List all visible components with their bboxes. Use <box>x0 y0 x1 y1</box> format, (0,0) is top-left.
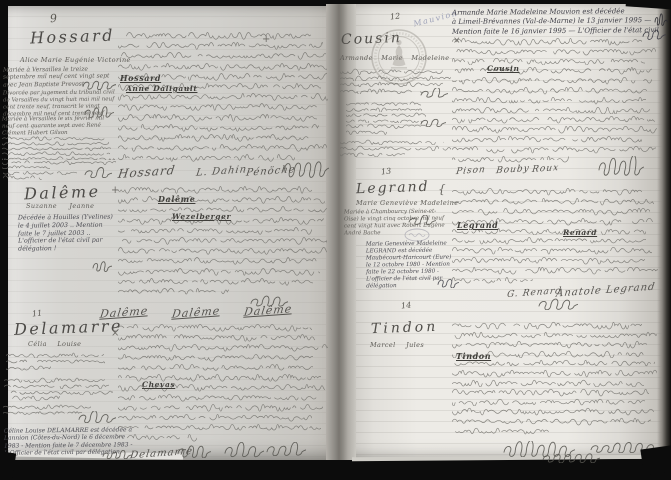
handwriting-line <box>118 225 312 235</box>
handwriting-line <box>118 101 318 111</box>
handwriting-line <box>420 117 446 127</box>
handwriting-line <box>118 332 315 342</box>
margin-note-signature <box>420 88 448 98</box>
handwriting-line <box>452 65 652 75</box>
handwriting-line <box>82 78 116 90</box>
handwriting-line <box>452 255 645 265</box>
handwriting-line <box>118 402 323 412</box>
handwriting-line <box>452 85 647 95</box>
act-9-father-surname: Hossard <box>120 73 161 83</box>
margin-note-signature <box>102 450 132 459</box>
act-number: 12 <box>390 11 401 21</box>
death-mention-1995-line3: Mention faite le 16 janvier 1995 — L'Off… <box>452 26 659 37</box>
handwriting-line <box>452 105 650 115</box>
handwriting-line <box>118 40 323 50</box>
handwriting-line <box>452 406 654 416</box>
handwriting-line <box>452 320 642 330</box>
act-12-body-handwriting <box>452 36 658 163</box>
handwriting-line <box>452 235 646 245</box>
act-10-mother-name: Wezelberger <box>172 212 231 221</box>
handwriting-line <box>340 81 443 88</box>
handwriting-line <box>92 259 112 272</box>
handwriting-line <box>118 392 317 402</box>
margin-note-handwriting <box>3 170 83 180</box>
act-margin-given-names: Marie Geneviève Madeleine <box>356 199 458 207</box>
handwriting-line <box>118 30 311 40</box>
act-number: 14 <box>401 300 412 310</box>
handwriting-line <box>452 134 642 144</box>
handwriting-line <box>340 88 423 95</box>
margin-note-signature <box>82 78 116 90</box>
cousin-margin-dates-handwriting <box>346 101 428 135</box>
handwriting-line <box>452 330 657 340</box>
handwriting-line <box>452 265 658 275</box>
handwriting-line <box>177 444 211 458</box>
officer-signature-flourish <box>598 156 644 176</box>
handwriting-line <box>283 156 329 178</box>
act-10-body-handwriting <box>118 184 329 296</box>
margin-note-signature <box>420 117 446 127</box>
handwriting-line <box>452 397 645 407</box>
handwriting-line <box>452 206 650 216</box>
page-edge-right <box>657 4 671 462</box>
scan-corner-bottom-left <box>0 451 16 480</box>
handwriting-line <box>452 144 656 154</box>
act-margin-name-hossard: Hossard <box>30 26 116 48</box>
handwriting-line <box>452 46 656 56</box>
handwriting-line <box>452 339 647 349</box>
handwriting-line <box>118 184 312 194</box>
act-start-brace-mark: { <box>438 182 446 196</box>
handwriting-line <box>654 13 668 26</box>
handwriting-line <box>452 56 645 66</box>
margin-note-handwriting <box>6 352 112 371</box>
handwriting-line <box>118 112 317 122</box>
handwriting-line <box>118 235 327 245</box>
handwriting-line <box>102 450 132 459</box>
handwriting-line <box>452 95 646 105</box>
handwriting-line <box>118 142 327 152</box>
margin-note-paraph <box>408 215 436 225</box>
handwriting-line <box>118 362 313 372</box>
act-12-signature: Roux <box>531 163 559 175</box>
handwriting-line <box>118 342 328 352</box>
act-margin-name-daleme: Dalême <box>24 182 101 204</box>
handwriting-line <box>340 151 405 157</box>
act-13-body-handwriting <box>452 186 658 285</box>
handwriting-line <box>118 152 295 162</box>
handwriting-line <box>118 412 312 422</box>
act-number: 11 <box>32 308 43 318</box>
act-margin-given-names: Marcel Jules <box>370 341 424 349</box>
act-10-father-surname: Dalême <box>158 194 195 204</box>
officer-signature-flourish <box>250 295 288 307</box>
handwriting-line <box>118 422 321 432</box>
handwriting-line <box>538 297 578 310</box>
act-9-mother-name: Anne Daligault <box>126 84 197 93</box>
margin-note-death-2003: Décédée à Houilles (Yvelines) le 4 juill… <box>18 213 118 253</box>
handwriting-line <box>452 416 651 426</box>
handwriting-line <box>118 352 313 362</box>
page-edge-ink-mark <box>654 13 668 26</box>
handwriting-line <box>340 75 451 82</box>
act-margin-given-names: Alice Marie Eugénie Victorine <box>20 56 131 64</box>
officer-signature-flourish <box>542 452 600 463</box>
handwriting-line <box>118 266 320 276</box>
handwriting-line <box>84 167 112 178</box>
handwriting-line <box>118 432 197 442</box>
margin-note-signature <box>84 167 112 178</box>
handwriting-line <box>452 114 655 124</box>
witness-signature-flourish <box>177 444 211 458</box>
handwriting-line <box>118 50 326 60</box>
handwriting-line <box>118 286 229 296</box>
handwriting-line <box>452 378 644 388</box>
handwriting-line <box>452 275 533 285</box>
death-mention-1995-line2: à Limeil-Brévannes (Val-de-Marne) le 13 … <box>452 16 651 27</box>
handwriting-line <box>6 365 51 371</box>
handwriting-line <box>452 36 642 46</box>
scan-corner-bottom-right <box>640 445 671 476</box>
margin-death-mention-handwriting <box>2 136 116 170</box>
stamp-figure <box>393 45 406 66</box>
act-margin-name-delamarre: Delamarre <box>14 316 124 339</box>
act-number: 13 <box>381 166 392 176</box>
handwriting-line <box>340 68 443 75</box>
handwriting-line <box>118 132 312 142</box>
handwriting-line <box>266 442 306 456</box>
handwriting-line <box>118 255 318 265</box>
act-13-mother-name: Renard <box>563 228 597 237</box>
act-margin-name-legrand: Legrand <box>356 179 430 198</box>
handwriting-line <box>542 452 600 463</box>
handwriting-line <box>408 215 436 225</box>
handwriting-line <box>118 245 327 255</box>
margin-note-signature <box>78 411 116 423</box>
officer-signature-flourish <box>266 442 306 456</box>
handwriting-line <box>78 411 116 423</box>
handwriting-line <box>452 124 657 134</box>
margin-note-handwriting <box>4 377 114 401</box>
handwriting-line <box>4 395 60 401</box>
handwriting-line <box>118 276 313 286</box>
handwriting-line <box>452 245 652 255</box>
act-margin-name-tindon: Tindon <box>371 319 439 337</box>
margin-note-marriage-1947: Mariée à Versailles le six février mil n… <box>2 115 118 137</box>
handwriting-line <box>452 196 654 206</box>
handwriting-line <box>452 387 649 397</box>
handwriting-line <box>452 75 652 85</box>
handwriting-line <box>224 442 264 458</box>
folio-number: 9 <box>49 12 57 26</box>
handwriting-line <box>118 61 327 71</box>
handwriting-line <box>118 122 319 132</box>
handwriting-line <box>420 88 448 98</box>
act-12-mother-name: Cousin <box>487 64 520 73</box>
officer-signature-flourish <box>283 156 329 178</box>
cousin-margin-note-handwriting <box>340 139 453 157</box>
act-margin-given-names: Célia Louise <box>28 340 81 348</box>
handwriting-line <box>118 194 325 204</box>
act-13-father-surname: Legrand <box>457 220 498 230</box>
handwriting-line <box>452 186 642 196</box>
witness-signature-flourish <box>224 442 264 458</box>
handwriting-line <box>452 368 657 378</box>
act-11-mother-name: Chevas <box>142 380 175 389</box>
act-14-father-surname: Tindon <box>456 351 491 361</box>
scanned-register-spread: 9 Hossard + Alice Marie Eugénie Victorin… <box>0 0 671 480</box>
handwriting-line <box>452 426 552 436</box>
handwriting-line <box>3 410 82 416</box>
officer-signature-flourish <box>538 297 578 310</box>
act-9-body-handwriting <box>118 30 328 162</box>
handwriting-line <box>346 129 387 135</box>
handwriting-line <box>598 156 644 176</box>
handwriting-line <box>3 175 42 180</box>
act-margin-given-names: Suzanne Jeanne <box>26 202 94 210</box>
act-14-body-handwriting <box>452 320 658 435</box>
handwriting-line <box>250 295 288 307</box>
handwriting-line <box>452 154 569 164</box>
margin-note-initials <box>92 259 112 272</box>
handwriting-line <box>118 322 312 332</box>
